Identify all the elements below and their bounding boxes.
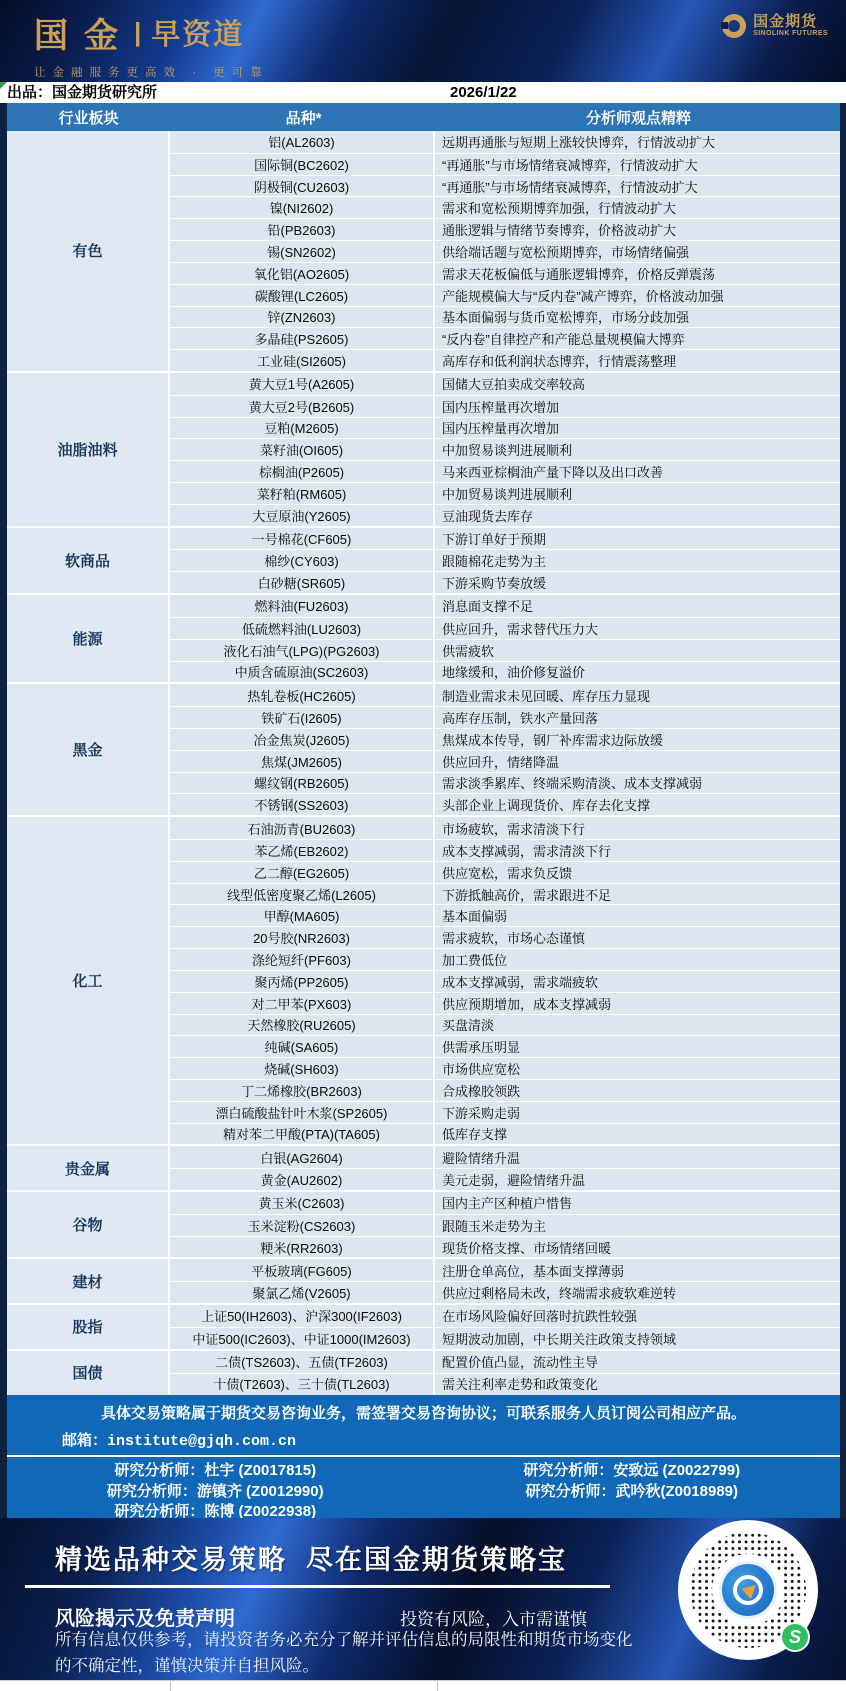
sinolink-name-en: SINOLINK FUTURES — [753, 30, 828, 37]
table-row: 冶金焦炭(J2605) 焦煤成本传导，钢厂补库需求边际放缓 — [170, 728, 840, 750]
sinolink-ring-icon — [722, 14, 746, 38]
table-row: 20号胶(NR2603) 需求疲软，市场心态谨慎 — [170, 926, 840, 948]
product-cell: 烧碱(SH603) — [170, 1058, 435, 1079]
report-date: 2026/1/22 — [450, 82, 517, 103]
sector-label: 建材 — [7, 1259, 170, 1303]
opinion-cell: 豆油现货去库存 — [435, 505, 840, 526]
sector-label: 软商品 — [7, 528, 170, 593]
analyst-line: 研究分析师：安致远 (Z0022799) — [523, 1461, 740, 1481]
product-cell: 豆粕(M2605) — [170, 418, 435, 439]
product-cell: 碳酸锂(LC2605) — [170, 285, 435, 306]
table-row: 低硫燃料油(LU2603) 供应回升，需求替代压力大 — [170, 617, 840, 639]
opinion-cell: “反内卷”自律控产和产能总量规模偏大博弈 — [435, 328, 840, 349]
risk-caption: 投资有风险，入市需谨慎 — [400, 1605, 587, 1630]
table-row: 铁矿石(I2605) 高库存压制，铁水产量回落 — [170, 706, 840, 728]
table-body: 有色 铝(AL2603) 远期再通胀与短期上涨较快博弈，行情波动扩大 国际铜(B… — [7, 131, 840, 1395]
table-row: 铝(AL2603) 远期再通胀与短期上涨较快博弈，行情波动扩大 — [170, 131, 840, 153]
brand-tagline: 让金融服务更高效 · 更可靠 — [34, 64, 269, 80]
table-row: 工业硅(SI2605) 高库存和低利润状态博弈，行情震荡整理 — [170, 349, 840, 371]
product-cell: 白银(AG2604) — [170, 1146, 435, 1168]
opinion-cell: 高库存压制，铁水产量回落 — [435, 707, 840, 728]
product-cell: 20号胶(NR2603) — [170, 927, 435, 948]
sector-group: 股指 上证50(IH2603)、沪深300(IF2603) 在市场风险偏好回落时… — [7, 1303, 840, 1349]
opinion-cell: 远期再通胀与短期上涨较快博弈，行情波动扩大 — [435, 131, 840, 153]
table-row: 热轧卷板(HC2605) 制造业需求未见回暖、库存压力显现 — [170, 684, 840, 706]
table-row: 菜籽粕(RM605) 中加贸易谈判进展顺利 — [170, 482, 840, 504]
sinolink-logo: 国金期货 SINOLINK FUTURES — [722, 14, 828, 38]
product-cell: 镍(NI2602) — [170, 197, 435, 218]
product-cell: 聚丙烯(PP2605) — [170, 971, 435, 992]
opinion-cell: 制造业需求未见回暖、库存压力显现 — [435, 684, 840, 706]
email-label: 邮箱： — [62, 1432, 107, 1449]
table-row: 中证500(IC2603)、中证1000(IM2603) 短期波动加剧，中长期关… — [170, 1327, 840, 1349]
top-banner: 国金 | 早资道 让金融服务更高效 · 更可靠 国金期货 SINOLINK FU… — [0, 0, 846, 82]
meta-row: 出品：国金期货研究所 2026/1/22 — [0, 82, 846, 103]
table-row: 聚氯乙烯(V2605) 供应过剩格局未改，终端需求疲软难逆转 — [170, 1281, 840, 1303]
product-cell: 液化石油气(LPG)(PG2603) — [170, 640, 435, 661]
opinion-cell: 供需承压明显 — [435, 1036, 840, 1057]
product-cell: 棕榈油(P2605) — [170, 461, 435, 482]
product-cell: 石油沥青(BU2603) — [170, 817, 435, 839]
table-row: 黄大豆1号(A2605) 国储大豆拍卖成交率较高 — [170, 373, 840, 395]
promo-band: 精选品种交易策略 尽在国金期货策略宝 风险揭示及免责声明 投资有风险，入市需谨慎… — [0, 1518, 846, 1680]
table-row: 豆粕(M2605) 国内压榨量再次增加 — [170, 417, 840, 439]
product-cell: 乙二醇(EG2605) — [170, 862, 435, 883]
table-row: 焦煤(JM2605) 供应回升，情绪降温 — [170, 750, 840, 772]
opinion-cell: 供给端话题与宽松预期博弈，市场情绪偏强 — [435, 241, 840, 262]
opinion-cell: 美元走弱，避险情绪升温 — [435, 1169, 840, 1190]
opinion-cell: 高库存和低利润状态博弈，行情震荡整理 — [435, 350, 840, 371]
product-cell: 黄玉米(C2603) — [170, 1192, 435, 1214]
product-cell: 线型低密度聚乙烯(L2605) — [170, 884, 435, 905]
opinion-cell: 国储大豆拍卖成交率较高 — [435, 373, 840, 395]
table-row: 锡(SN2602) 供给端话题与宽松预期博弈，市场情绪偏强 — [170, 240, 840, 262]
product-cell: 热轧卷板(HC2605) — [170, 684, 435, 706]
opinion-cell: 下游采购走弱 — [435, 1102, 840, 1123]
product-cell: 锌(ZN2603) — [170, 307, 435, 328]
product-cell: 二债(TS2603)、五债(TF2603) — [170, 1351, 435, 1373]
product-cell: 阴极铜(CU2603) — [170, 176, 435, 197]
opinion-cell: 在市场风险偏好回落时抗跌性较强 — [435, 1305, 840, 1327]
table-row: 精对苯二甲酸(PTA)(TA605) 低库存支撑 — [170, 1123, 840, 1145]
sector-label: 国债 — [7, 1351, 170, 1395]
sector-label: 黑金 — [7, 684, 170, 815]
opinion-cell: 需求和宽松预期博弈加强，行情波动扩大 — [435, 197, 840, 218]
opinion-cell: 中加贸易谈判进展顺利 — [435, 439, 840, 460]
table-row: 涤纶短纤(PF603) 加工费低位 — [170, 948, 840, 970]
product-cell: 对二甲苯(PX603) — [170, 993, 435, 1014]
product-cell: 中证500(IC2603)、中证1000(IM2603) — [170, 1328, 435, 1349]
sector-label: 谷物 — [7, 1192, 170, 1257]
table-row: 甲醇(MA605) 基本面偏弱 — [170, 904, 840, 926]
opinion-cell: 头部企业上调现货价、库存去化支撑 — [435, 794, 840, 815]
analysts-block: 研究分析师：杜宇 (Z0017815) 研究分析师：游镇齐 (Z0012990)… — [7, 1461, 840, 1522]
opinion-cell: 供需疲软 — [435, 640, 840, 661]
sector-label: 能源 — [7, 595, 170, 682]
product-cell: 棉纱(CY603) — [170, 550, 435, 571]
table-row: 黄玉米(C2603) 国内主产区种植户惜售 — [170, 1192, 840, 1214]
sector-group: 化工 石油沥青(BU2603) 市场疲软，需求清淡下行 苯乙烯(EB2602) … — [7, 815, 840, 1144]
opinion-cell: 合成橡胶领跌 — [435, 1080, 840, 1101]
opinion-cell: 买盘清淡 — [435, 1015, 840, 1036]
table-row: 铅(PB2603) 通胀逻辑与情绪节奏博弈，价格波动扩大 — [170, 218, 840, 240]
opinion-cell: 供应过剩格局未改，终端需求疲软难逆转 — [435, 1282, 840, 1303]
product-cell: 甲醇(MA605) — [170, 905, 435, 926]
product-cell: 多晶硅(PS2605) — [170, 328, 435, 349]
table-row: 聚丙烯(PP2605) 成本支撑减弱，需求端疲软 — [170, 970, 840, 992]
promo-headline: 精选品种交易策略 尽在国金期货策略宝 — [55, 1538, 567, 1577]
brand-name: 国金 — [34, 8, 134, 57]
opinion-cell: 成本支撑减弱，需求清淡下行 — [435, 840, 840, 861]
product-cell: 天然橡胶(RU2605) — [170, 1015, 435, 1036]
table-row: 液化石油气(LPG)(PG2603) 供需疲软 — [170, 639, 840, 661]
opinion-cell: 中加贸易谈判进展顺利 — [435, 483, 840, 504]
opinion-cell: 现货价格支撑、市场情绪回暖 — [435, 1237, 840, 1258]
product-cell: 低硫燃料油(LU2603) — [170, 618, 435, 639]
product-cell: 冶金焦炭(J2605) — [170, 729, 435, 750]
product-cell: 国际铜(BC2602) — [170, 154, 435, 175]
qr-code: S — [678, 1520, 818, 1660]
opinion-cell: 成本支撑减弱，需求端疲软 — [435, 971, 840, 992]
opinion-cell: 下游采购节奏放缓 — [435, 572, 840, 593]
sinolink-name-cn: 国金期货 — [753, 14, 828, 30]
product-cell: 铅(PB2603) — [170, 219, 435, 240]
product-cell: 菜籽油(OI605) — [170, 439, 435, 460]
product-cell: 黄金(AU2602) — [170, 1169, 435, 1190]
table-row: 石油沥青(BU2603) 市场疲软，需求清淡下行 — [170, 817, 840, 839]
table-row: 锌(ZN2603) 基本面偏弱与货币宽松博弈，市场分歧加强 — [170, 306, 840, 328]
table-row: 镍(NI2602) 需求和宽松预期博弈加强，行情波动扩大 — [170, 196, 840, 218]
opinion-cell: 基本面偏弱 — [435, 905, 840, 926]
wechat-channels-icon: S — [780, 1622, 810, 1652]
brand-divider: | — [134, 17, 141, 48]
table-row: 对二甲苯(PX603) 供应预期增加，成本支撑减弱 — [170, 992, 840, 1014]
grid-line — [170, 1681, 171, 1691]
table-row: 螺纹钢(RB2605) 需求淡季累库、终端采购清淡、成本支撑减弱 — [170, 772, 840, 794]
sector-group: 有色 铝(AL2603) 远期再通胀与短期上涨较快博弈，行情波动扩大 国际铜(B… — [7, 131, 840, 371]
table-row: 燃料油(FU2603) 消息面支撑不足 — [170, 595, 840, 617]
header-product: 品种* — [170, 103, 437, 131]
product-cell: 氧化铝(AO2605) — [170, 263, 435, 284]
opinion-cell: 短期波动加剧，中长期关注政策支持领域 — [435, 1328, 840, 1349]
opinion-cell: 地缘缓和，油价修复溢价 — [435, 662, 840, 683]
opinion-cell: 基本面偏弱与货币宽松博弈，市场分歧加强 — [435, 307, 840, 328]
analysts-left-column: 研究分析师：杜宇 (Z0017815) 研究分析师：游镇齐 (Z0012990)… — [7, 1461, 424, 1522]
product-cell: 螺纹钢(RB2605) — [170, 773, 435, 794]
table-row: 白银(AG2604) 避险情绪升温 — [170, 1146, 840, 1168]
analysts-right-column: 研究分析师：安致远 (Z0022799) 研究分析师：武吟秋(Z0018989) — [424, 1461, 841, 1522]
table-row: 大豆原油(Y2605) 豆油现货去库存 — [170, 504, 840, 526]
opinion-cell: 焦煤成本传导，钢厂补库需求边际放缓 — [435, 729, 840, 750]
product-cell: 黄大豆1号(A2605) — [170, 373, 435, 395]
opinion-cell: 下游抵触高价，需求跟进不足 — [435, 884, 840, 905]
opinion-cell: 加工费低位 — [435, 949, 840, 970]
opinion-cell: 市场供应宽松 — [435, 1058, 840, 1079]
opinion-cell: 国内主产区种植户惜售 — [435, 1192, 840, 1214]
opinion-cell: 下游订单好于预期 — [435, 528, 840, 550]
product-cell: 纯碱(SA605) — [170, 1036, 435, 1057]
table-row: 黄金(AU2602) 美元走弱，避险情绪升温 — [170, 1168, 840, 1190]
opinion-cell: “再通胀”与市场情绪衰减博弈，行情波动扩大 — [435, 154, 840, 175]
product-cell: 玉米淀粉(CS2603) — [170, 1215, 435, 1236]
footer-wrap: 具体交易策略属于期货交易咨询业务，需签署交易咨询协议；可联系服务人员订阅公司相应… — [0, 1395, 846, 1518]
opinion-cell: 跟随玉米走势为主 — [435, 1215, 840, 1236]
table-row: 棕榈油(P2605) 马来西亚棕榈油产量下降以及出口改善 — [170, 460, 840, 482]
table-row: 漂白硫酸盐针叶木浆(SP2605) 下游采购走弱 — [170, 1101, 840, 1123]
sector-group: 能源 燃料油(FU2603) 消息面支撑不足 低硫燃料油(LU2603) 供应回… — [7, 593, 840, 682]
table-row: 氧化铝(AO2605) 需求天花板偏低与通胀逻辑博弈，价格反弹震荡 — [170, 262, 840, 284]
table-row: 烧碱(SH603) 市场供应宽松 — [170, 1057, 840, 1079]
table-row: 一号棉花(CF605) 下游订单好于预期 — [170, 528, 840, 550]
email-address[interactable]: institute@gjqh.com.cn — [107, 1433, 296, 1450]
table-row: 白砂糖(SR605) 下游采购节奏放缓 — [170, 571, 840, 593]
table-row: 国际铜(BC2602) “再通胀”与市场情绪衰减博弈，行情波动扩大 — [170, 153, 840, 175]
opinion-cell: 供应宽松，需求负反馈 — [435, 862, 840, 883]
subscription-notice: 具体交易策略属于期货交易咨询业务，需签署交易咨询协议；可联系服务人员订阅公司相应… — [7, 1395, 840, 1423]
product-cell: 不锈钢(SS2603) — [170, 794, 435, 815]
product-cell: 铁矿石(I2605) — [170, 707, 435, 728]
sector-label: 贵金属 — [7, 1146, 170, 1190]
table-row: 棉纱(CY603) 跟随棉花走势为主 — [170, 549, 840, 571]
table-row: 菜籽油(OI605) 中加贸易谈判进展顺利 — [170, 438, 840, 460]
compass-icon — [733, 1575, 763, 1605]
header-opinion: 分析师观点精粹 — [437, 103, 840, 131]
footer-divider — [7, 1455, 840, 1457]
product-cell: 中质含硫原油(SC2603) — [170, 662, 435, 683]
producer-label: 出品：国金期货研究所 — [7, 82, 157, 103]
product-cell: 苯乙烯(EB2602) — [170, 840, 435, 861]
product-cell: 粳米(RR2603) — [170, 1237, 435, 1258]
sector-group: 软商品 一号棉花(CF605) 下游订单好于预期 棉纱(CY603) 跟随棉花走… — [7, 526, 840, 593]
table-row: 不锈钢(SS2603) 头部企业上调现货价、库存去化支撑 — [170, 793, 840, 815]
opinion-cell: 供应预期增加，成本支撑减弱 — [435, 993, 840, 1014]
table-row: 苯乙烯(EB2602) 成本支撑减弱，需求清淡下行 — [170, 839, 840, 861]
opinion-cell: 需关注利率走势和政策变化 — [435, 1374, 840, 1395]
product-cell: 燃料油(FU2603) — [170, 595, 435, 617]
report-table: 行业板块 品种* 分析师观点精粹 有色 铝(AL2603) 远期再通胀与短期上涨… — [0, 103, 846, 1395]
product-cell: 涤纶短纤(PF603) — [170, 949, 435, 970]
table-row: 粳米(RR2603) 现货价格支撑、市场情绪回暖 — [170, 1236, 840, 1258]
product-cell: 铝(AL2603) — [170, 131, 435, 153]
sector-group: 贵金属 白银(AG2604) 避险情绪升温 黄金(AU2602) 美元走弱，避险… — [7, 1144, 840, 1190]
opinion-cell: 供应回升，情绪降温 — [435, 751, 840, 772]
email-line: 邮箱：institute@gjqh.com.cn — [7, 1429, 840, 1450]
product-cell: 漂白硫酸盐针叶木浆(SP2605) — [170, 1102, 435, 1123]
table-row: 天然橡胶(RU2605) 买盘清淡 — [170, 1014, 840, 1036]
qr-center-logo — [719, 1561, 777, 1619]
sector-group: 油脂油料 黄大豆1号(A2605) 国储大豆拍卖成交率较高 黄大豆2号(B260… — [7, 371, 840, 526]
risk-disclosure-title: 风险揭示及免责声明 — [55, 1602, 235, 1631]
product-cell: 锡(SN2602) — [170, 241, 435, 262]
table-row: 十债(T2603)、三十债(TL2603) 需关注利率走势和政策变化 — [170, 1373, 840, 1395]
table-row: 黄大豆2号(B2605) 国内压榨量再次增加 — [170, 395, 840, 417]
opinion-cell: 供应回升，需求替代压力大 — [435, 618, 840, 639]
opinion-cell: 避险情绪升温 — [435, 1146, 840, 1168]
opinion-cell: 马来西亚棕榈油产量下降以及出口改善 — [435, 461, 840, 482]
product-cell: 菜籽粕(RM605) — [170, 483, 435, 504]
table-row: 上证50(IH2603)、沪深300(IF2603) 在市场风险偏好回落时抗跌性… — [170, 1305, 840, 1327]
opinion-cell: 需求疲软，市场心态谨慎 — [435, 927, 840, 948]
opinion-cell: 注册仓单高位，基本面支撑薄弱 — [435, 1259, 840, 1281]
sector-label: 有色 — [7, 131, 170, 371]
opinion-cell: 需求淡季累库、终端采购清淡、成本支撑减弱 — [435, 773, 840, 794]
opinion-cell: 国内压榨量再次增加 — [435, 396, 840, 417]
table-row: 二债(TS2603)、五债(TF2603) 配置价值凸显，流动性主导 — [170, 1351, 840, 1373]
product-cell: 平板玻璃(FG605) — [170, 1259, 435, 1281]
opinion-cell: 跟随棉花走势为主 — [435, 550, 840, 571]
product-cell: 上证50(IH2603)、沪深300(IF2603) — [170, 1305, 435, 1327]
product-cell: 聚氯乙烯(V2605) — [170, 1282, 435, 1303]
disclaimer-text: 所有信息仅供参考，请投资者务必充分了解并评估信息的局限性和期货市场变化的不确定性… — [55, 1628, 645, 1679]
table-row: 乙二醇(EG2605) 供应宽松，需求负反馈 — [170, 861, 840, 883]
table-row: 中质含硫原油(SC2603) 地缘缓和，油价修复溢价 — [170, 661, 840, 683]
table-row: 平板玻璃(FG605) 注册仓单高位，基本面支撑薄弱 — [170, 1259, 840, 1281]
opinion-cell: 国内压榨量再次增加 — [435, 418, 840, 439]
opinion-cell: 产能规模偏大与“反内卷”减产博弈，价格波动加强 — [435, 285, 840, 306]
table-row: 碳酸锂(LC2605) 产能规模偏大与“反内卷”减产博弈，价格波动加强 — [170, 284, 840, 306]
table-row: 阴极铜(CU2603) “再通胀”与市场情绪衰减博弈，行情波动扩大 — [170, 175, 840, 197]
product-cell: 丁二烯橡胶(BR2603) — [170, 1080, 435, 1101]
footer-band: 具体交易策略属于期货交易咨询业务，需签署交易咨询协议；可联系服务人员订阅公司相应… — [7, 1395, 840, 1518]
sector-label: 股指 — [7, 1305, 170, 1349]
table-row: 玉米淀粉(CS2603) 跟随玉米走势为主 — [170, 1214, 840, 1236]
product-cell: 十债(T2603)、三十债(TL2603) — [170, 1374, 435, 1395]
bottom-strip — [0, 1680, 846, 1691]
table-row: 多晶硅(PS2605) “反内卷”自律控产和产能总量规模偏大博弈 — [170, 327, 840, 349]
sector-label: 油脂油料 — [7, 373, 170, 526]
corner-marker-icon — [0, 82, 7, 89]
analyst-line: 研究分析师：杜宇 (Z0017815) — [114, 1461, 316, 1481]
opinion-cell: 配置价值凸显，流动性主导 — [435, 1351, 840, 1373]
table-row: 纯碱(SA605) 供需承压明显 — [170, 1035, 840, 1057]
product-cell: 一号棉花(CF605) — [170, 528, 435, 550]
product-cell: 精对苯二甲酸(PTA)(TA605) — [170, 1124, 435, 1145]
promo-rule — [25, 1585, 610, 1588]
brand-logo: 国金 | 早资道 让金融服务更高效 · 更可靠 — [34, 8, 269, 80]
sector-label: 化工 — [7, 817, 170, 1144]
product-cell: 工业硅(SI2605) — [170, 350, 435, 371]
analyst-line: 研究分析师：游镇齐 (Z0012990) — [107, 1482, 324, 1502]
opinion-cell: 需求天花板偏低与通胀逻辑博弈，价格反弹震荡 — [435, 263, 840, 284]
table-header-row: 行业板块 品种* 分析师观点精粹 — [7, 103, 840, 131]
product-cell: 焦煤(JM2605) — [170, 751, 435, 772]
header-sector: 行业板块 — [7, 103, 170, 131]
daily-report-page: 国金 | 早资道 让金融服务更高效 · 更可靠 国金期货 SINOLINK FU… — [0, 0, 846, 1691]
opinion-cell: 市场疲软，需求清淡下行 — [435, 817, 840, 839]
product-name: 早资道 — [151, 12, 244, 53]
sector-group: 国债 二债(TS2603)、五债(TF2603) 配置价值凸显，流动性主导 十债… — [7, 1349, 840, 1395]
grid-line — [437, 1681, 438, 1691]
product-cell: 大豆原油(Y2605) — [170, 505, 435, 526]
product-cell: 白砂糖(SR605) — [170, 572, 435, 593]
sector-group: 黑金 热轧卷板(HC2605) 制造业需求未见回暖、库存压力显现 铁矿石(I26… — [7, 682, 840, 815]
product-cell: 黄大豆2号(B2605) — [170, 396, 435, 417]
table-row: 丁二烯橡胶(BR2603) 合成橡胶领跌 — [170, 1079, 840, 1101]
opinion-cell: 消息面支撑不足 — [435, 595, 840, 617]
analyst-line: 研究分析师：武吟秋(Z0018989) — [525, 1482, 738, 1502]
sector-group: 谷物 黄玉米(C2603) 国内主产区种植户惜售 玉米淀粉(CS2603) 跟随… — [7, 1190, 840, 1257]
opinion-cell: “再通胀”与市场情绪衰减博弈，行情波动扩大 — [435, 176, 840, 197]
sector-group: 建材 平板玻璃(FG605) 注册仓单高位，基本面支撑薄弱 聚氯乙烯(V2605… — [7, 1257, 840, 1303]
opinion-cell: 通胀逻辑与情绪节奏博弈，价格波动扩大 — [435, 219, 840, 240]
table-row: 线型低密度聚乙烯(L2605) 下游抵触高价，需求跟进不足 — [170, 883, 840, 905]
opinion-cell: 低库存支撑 — [435, 1124, 840, 1145]
